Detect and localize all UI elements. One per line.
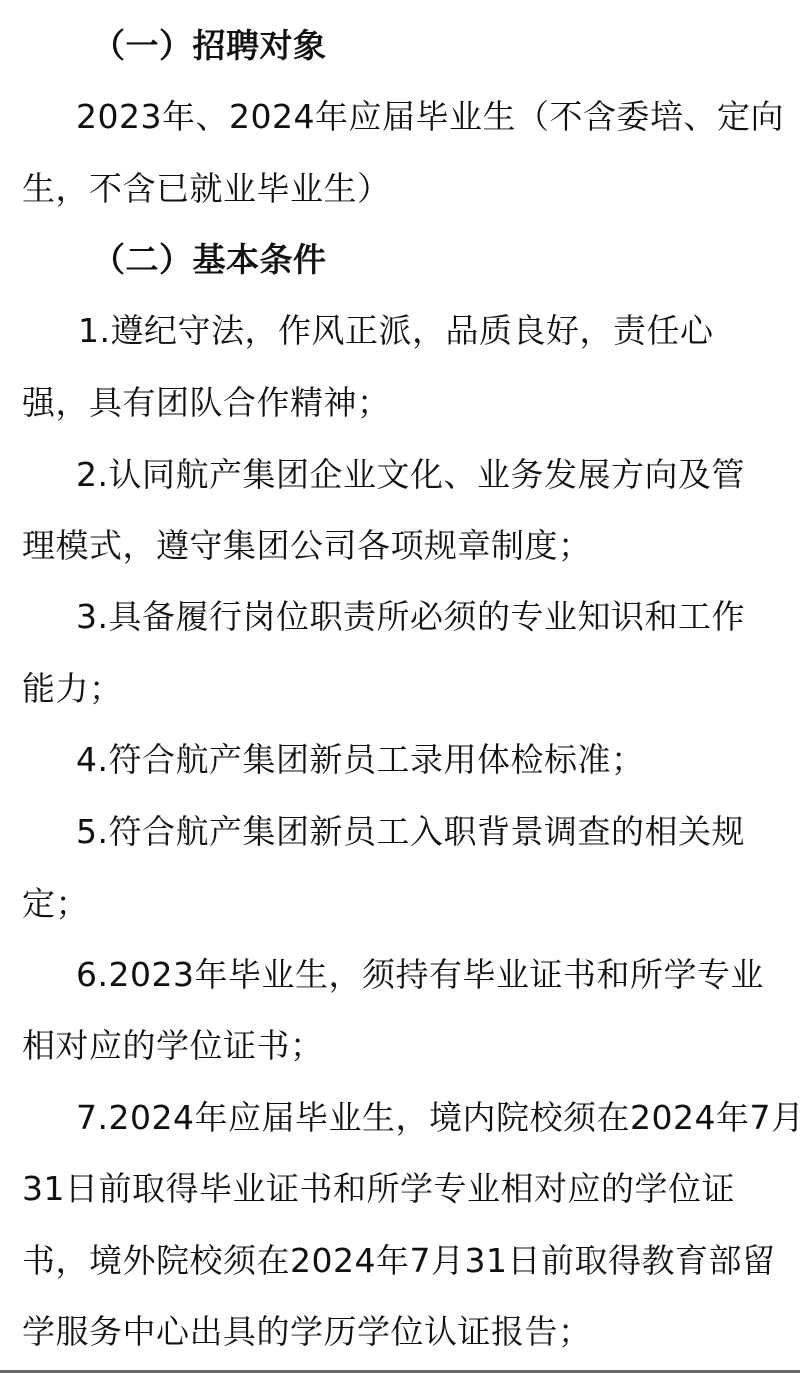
condition-item-6-line-2: 相对应的学位证书； <box>22 1026 324 1066</box>
condition-item-7-line-3: 书，境外院校须在2024年7月31日前取得教育部留 <box>22 1241 775 1281</box>
condition-item-7-line-2: 31日前取得毕业证书和所学专业相对应的学位证 <box>22 1169 735 1209</box>
document-page: （一）招聘对象 2023年、2024年应届毕业生（不含委培、定向 生，不含已就业… <box>0 0 800 1373</box>
condition-item-1-line-1: 1.遵纪守法，作风正派，品质良好，责任心 <box>78 311 714 351</box>
condition-item-2-line-2: 理模式，遵守集团公司各项规章制度； <box>22 526 592 566</box>
paragraph-line: 生，不含已就业毕业生） <box>22 169 391 209</box>
condition-item-1-line-2: 强，具有团队合作精神； <box>22 383 391 423</box>
section-heading-recruitment-target: （一）招聘对象 <box>92 26 327 66</box>
condition-item-5-line-1: 5.符合航产集团新员工入职背景调查的相关规 <box>76 812 745 852</box>
condition-item-7-line-1: 7.2024年应届毕业生，境内院校须在2024年7月 <box>76 1098 800 1138</box>
condition-item-3-line-1: 3.具备履行岗位职责所必须的专业知识和工作 <box>76 597 745 637</box>
condition-item-7-line-4: 学服务中心出具的学历学位认证报告； <box>22 1312 592 1352</box>
section-heading-basic-conditions: （二）基本条件 <box>92 240 327 280</box>
condition-item-6-line-1: 6.2023年毕业生，须持有毕业证书和所学专业 <box>76 955 764 995</box>
condition-item-2-line-1: 2.认同航产集团企业文化、业务发展方向及管 <box>76 455 745 495</box>
condition-item-4-line-1: 4.符合航产集团新员工录用体检标准； <box>76 740 645 780</box>
paragraph-line: 2023年、2024年应届毕业生（不含委培、定向 <box>76 97 784 137</box>
condition-item-3-line-2: 能力； <box>22 669 123 709</box>
condition-item-5-line-2: 定； <box>22 884 89 924</box>
